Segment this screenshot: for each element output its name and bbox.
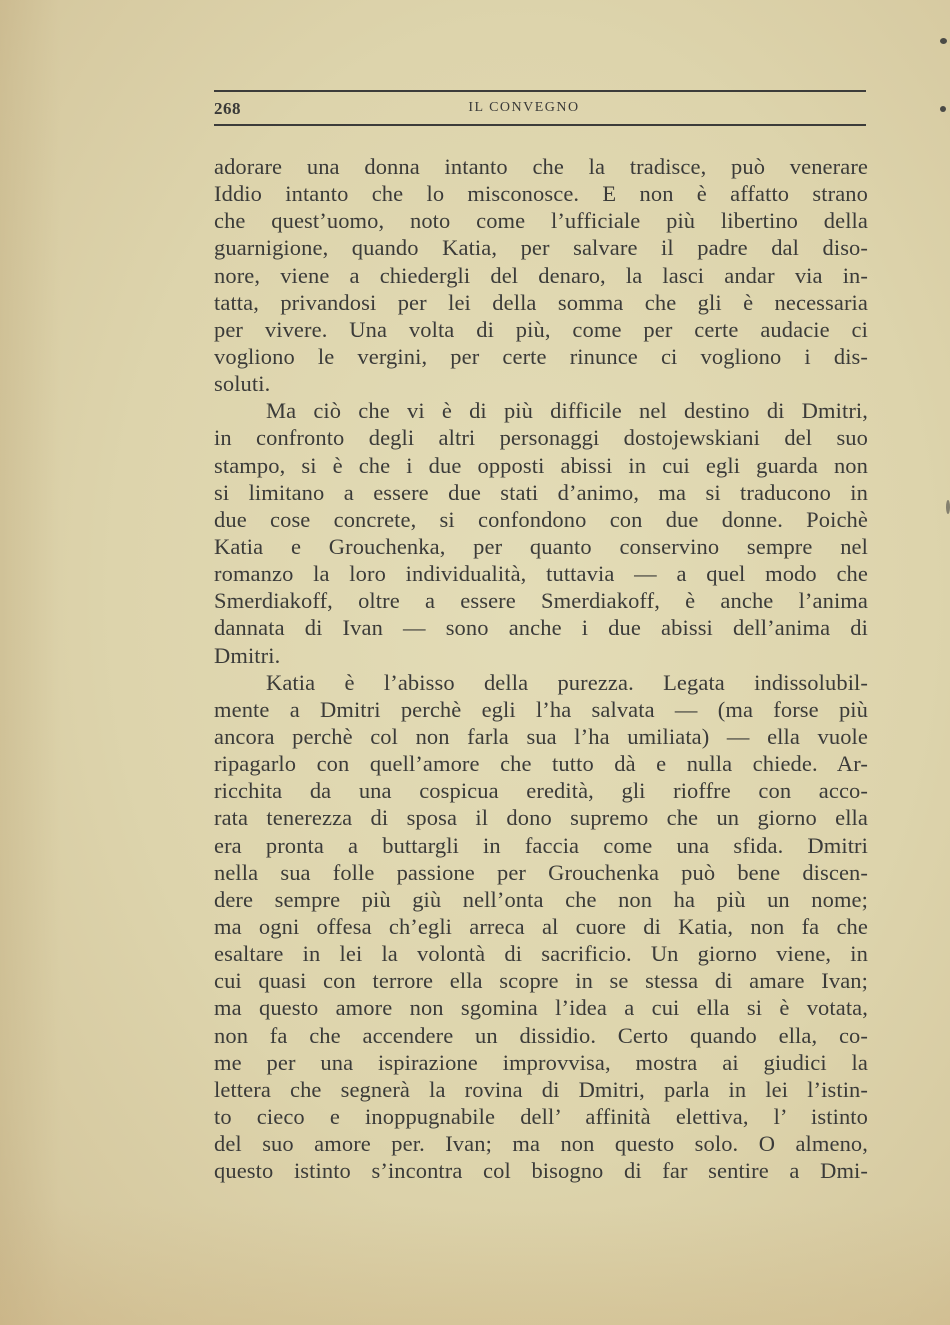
text-line: per vivere. Una volta di più, come per c… [214,316,868,343]
page-edge-shadow [0,0,60,1325]
text-line: dannata di Ivan — sono anche i due abiss… [214,614,868,641]
text-line: rata tenerezza di sposa il dono supremo … [214,804,868,831]
text-line: non fa che accendere un dissidio. Certo … [214,1022,868,1049]
text-line: vogliono le vergini, per certe rinunce c… [214,343,868,370]
text-line: dere sempre più giù nell’onta che non ha… [214,886,868,913]
text-line: soluti. [214,370,868,397]
text-line: questo istinto s’incontra col bisogno di… [214,1157,868,1184]
body-text: adorare una donna intanto che la tradisc… [214,153,868,1184]
text-line: si limitano a essere due stati d’animo, … [214,479,868,506]
running-head: 268 IL CONVEGNO [214,90,866,128]
header-rule-bottom [214,124,866,126]
text-line: Ma ciò che vi è di più difficile nel des… [214,397,868,424]
text-line: in confronto degli altri personaggi dost… [214,424,868,451]
text-line: ripagarlo con quell’amore che tutto dà e… [214,750,868,777]
scanned-page: 268 IL CONVEGNO adorare una donna intant… [0,0,950,1325]
text-line: me per una ispirazione improvvisa, mostr… [214,1049,868,1076]
text-line: Iddio intanto che lo misconosce. E non è… [214,180,868,207]
text-line: adorare una donna intanto che la tradisc… [214,153,868,180]
text-line: lettera che segnerà la rovina di Dmitri,… [214,1076,868,1103]
text-line: romanzo la loro individualità, tuttavia … [214,560,868,587]
text-line: Dmitri. [214,642,868,669]
page-bottom-tint [0,1205,950,1325]
text-line: era pronta a buttargli in faccia come un… [214,832,868,859]
text-line: nella sua folle passione per Grouchenka … [214,859,868,886]
header-rule-top [214,90,866,92]
text-line: Smerdiakoff, oltre a essere Smerdiakoff,… [214,587,868,614]
text-line: nore, viene a chiedergli del denaro, la … [214,262,868,289]
text-line: del suo amore per. Ivan; ma non questo s… [214,1130,868,1157]
text-line: ma questo amore non sgomina l’idea a cui… [214,994,868,1021]
text-line: esaltare in lei la volontà di sacrificio… [214,940,868,967]
paper-speck [940,106,946,112]
text-line: stampo, si è che i due opposti abissi in… [214,452,868,479]
paper-speck [946,500,950,514]
paper-speck [940,38,947,44]
text-line: ma ogni offesa ch’egli arreca al cuore d… [214,913,868,940]
text-line: due cose concrete, si confondono con due… [214,506,868,533]
text-line: cui quasi con terrore ella scopre in se … [214,967,868,994]
text-line: ricchita da una cospicua eredità, gli ri… [214,777,868,804]
text-line: che quest’uomo, noto come l’ufficiale pi… [214,207,868,234]
text-line: ancora perchè col non farla sua l’ha umi… [214,723,868,750]
text-line: Katia e Grouchenka, per quanto conservin… [214,533,868,560]
text-line: mente a Dmitri perchè egli l’ha salvata … [214,696,868,723]
journal-title: IL CONVEGNO [214,100,834,116]
text-line: to cieco e inoppugnabile dell’ affinità … [214,1103,868,1130]
text-line: guarnigione, quando Katia, per salvare i… [214,234,868,261]
text-line: Katia è l’abisso della purezza. Legata i… [214,669,868,696]
text-line: tatta, privandosi per lei della somma ch… [214,289,868,316]
